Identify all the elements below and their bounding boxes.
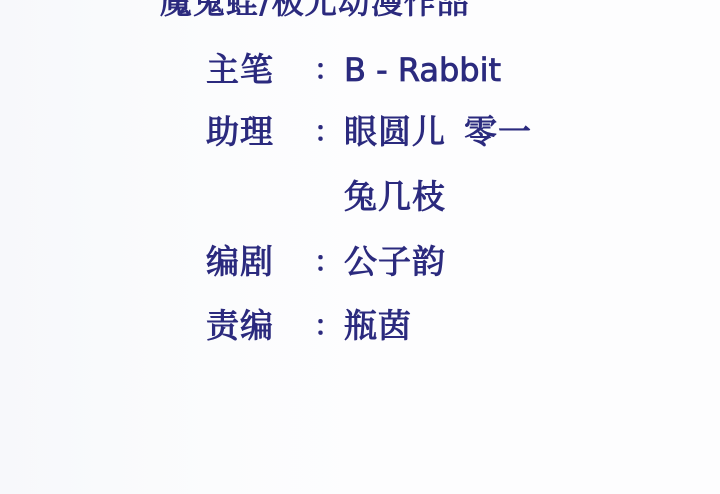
credit-colon: ： bbox=[314, 48, 342, 92]
credit-value: 公子韵 bbox=[344, 240, 446, 284]
credit-colon: ： bbox=[314, 240, 342, 284]
credit-colon: ： bbox=[314, 304, 342, 348]
credit-value: 眼圆儿零一 bbox=[344, 110, 532, 154]
credit-value: B - Rabbit bbox=[344, 48, 501, 92]
assistant-name: 零一 bbox=[464, 112, 532, 151]
credit-label: 主笔 bbox=[206, 48, 306, 92]
credit-colon: ： bbox=[314, 110, 342, 154]
background-panel bbox=[0, 0, 360, 494]
assistant-name: 眼圆儿 bbox=[344, 112, 446, 151]
credit-value: 兔几枝 bbox=[344, 175, 446, 219]
credit-value: 瓶茵 bbox=[344, 304, 412, 348]
credit-label: 责编 bbox=[206, 304, 306, 348]
credit-label: 助理 bbox=[206, 110, 306, 154]
credit-label: 编剧 bbox=[206, 240, 306, 284]
studio-title: 魔鬼蛙/极光动漫作品 bbox=[160, 0, 590, 20]
